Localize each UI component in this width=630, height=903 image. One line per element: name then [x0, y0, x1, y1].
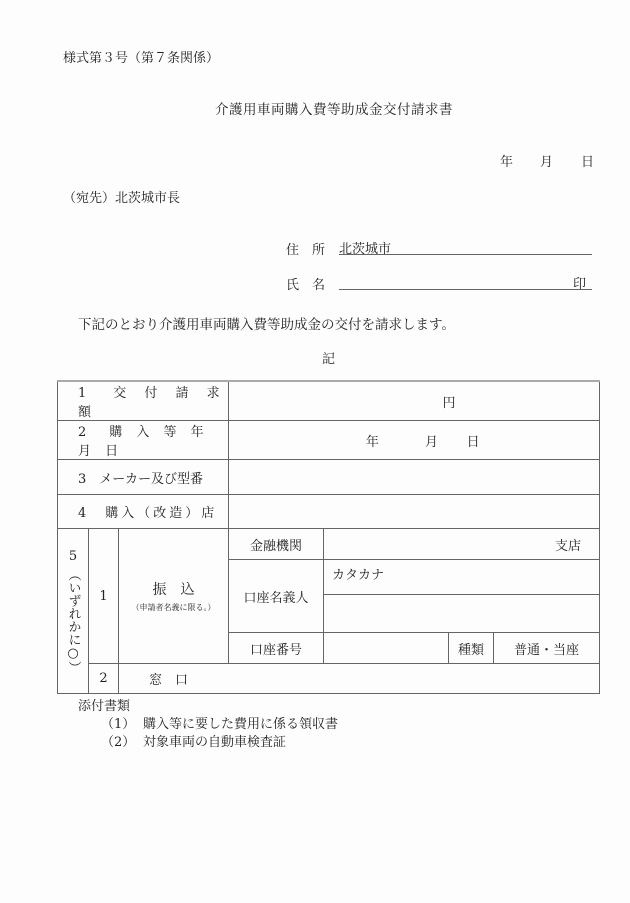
table-row: 4 購入（改造）店	[58, 495, 600, 529]
attachment-number: （2）	[101, 731, 143, 750]
maker-model-field[interactable]	[229, 460, 600, 495]
account-label: 口座番号	[229, 633, 324, 664]
intro-text: 下記のとおり介護用車両購入費等助成金の交付を請求します。	[78, 313, 455, 333]
holder-kana-field[interactable]: カタカナ	[324, 560, 600, 595]
date-day: 日	[581, 151, 594, 170]
name-label: 氏 名	[286, 274, 325, 293]
option2-number[interactable]: 2	[89, 664, 119, 694]
table-row: 2 購 入 等 年 月 日 年 月 日	[58, 421, 600, 460]
row-label: 3 メーカー及び型番	[58, 460, 229, 495]
attachments-title: 添付書類	[78, 695, 130, 714]
form-number: 様式第３号（第７条関係）	[63, 47, 219, 66]
attachment-item: （2）対象車両の自動車検査証	[101, 731, 286, 750]
attachment-number: （1）	[101, 713, 143, 732]
holder-name-field[interactable]	[324, 595, 600, 633]
table-row: 5 （いずれかに○） 1 振 込 （申請者名義に限る。） 金融機関 支店	[58, 529, 600, 560]
attachment-item: （1）購入等に要した費用に係る領収書	[101, 713, 338, 732]
option2-title: 窓 口	[119, 664, 600, 694]
table-row: 2 窓 口	[58, 664, 600, 694]
row-label: 4 購入（改造）店	[58, 495, 229, 529]
amount-field[interactable]: 円	[229, 381, 600, 421]
request-table: 1 交 付 請 求 額 円 2 購 入 等 年 月 日 年 月 日 3 メーカー…	[57, 380, 600, 694]
account-number-field[interactable]	[324, 633, 449, 664]
document-title: 介護用車両購入費等助成金交付請求書	[215, 98, 453, 118]
row-label: 2 購 入 等 年 月 日	[58, 421, 229, 460]
row-label: 1 交 付 請 求 額	[58, 381, 229, 421]
shop-field[interactable]	[229, 495, 600, 529]
attachment-text: 対象車両の自動車検査証	[143, 735, 286, 750]
option1-number[interactable]: 1	[89, 529, 119, 664]
address-value: 北茨城市	[339, 242, 391, 257]
section5-text: （いずれかに○）	[67, 568, 80, 674]
attachment-text: 購入等に要した費用に係る領収書	[143, 717, 338, 732]
kana-hint: カタカナ	[332, 568, 384, 583]
address-label: 住 所	[286, 239, 325, 258]
holder-label: 口座名義人	[229, 560, 324, 633]
yen-unit: 円	[443, 396, 456, 411]
option1-note: （申請者名義に限る。）	[119, 602, 228, 613]
month-unit: 月	[404, 431, 459, 450]
addressee: （宛先）北茨城市長	[63, 187, 180, 206]
section5-label: 5 （いずれかに○）	[58, 529, 89, 694]
ki-heading: 記	[322, 348, 335, 367]
type-label: 種類	[449, 633, 494, 664]
address-field[interactable]: 北茨城市	[339, 238, 592, 255]
purchase-date-field[interactable]: 年 月 日	[229, 421, 600, 460]
date-year: 年	[500, 151, 513, 170]
account-type-options[interactable]: 普通・当座	[494, 633, 600, 664]
seal-mark: 印	[573, 273, 586, 292]
name-field[interactable]: 印	[339, 273, 592, 290]
section5-number: 5	[67, 549, 80, 564]
bank-label: 金融機関	[229, 529, 324, 560]
table-row: 3 メーカー及び型番	[58, 460, 600, 495]
option1-title-cell: 振 込 （申請者名義に限る。）	[119, 529, 229, 664]
table-row: 1 交 付 請 求 額 円	[58, 381, 600, 421]
option1-title: 振 込	[153, 582, 195, 598]
bank-field[interactable]: 支店	[324, 529, 600, 560]
branch-suffix: 支店	[555, 539, 581, 554]
date-month: 月	[540, 151, 553, 170]
year-unit: 年	[345, 431, 400, 450]
day-unit: 日	[463, 431, 483, 450]
